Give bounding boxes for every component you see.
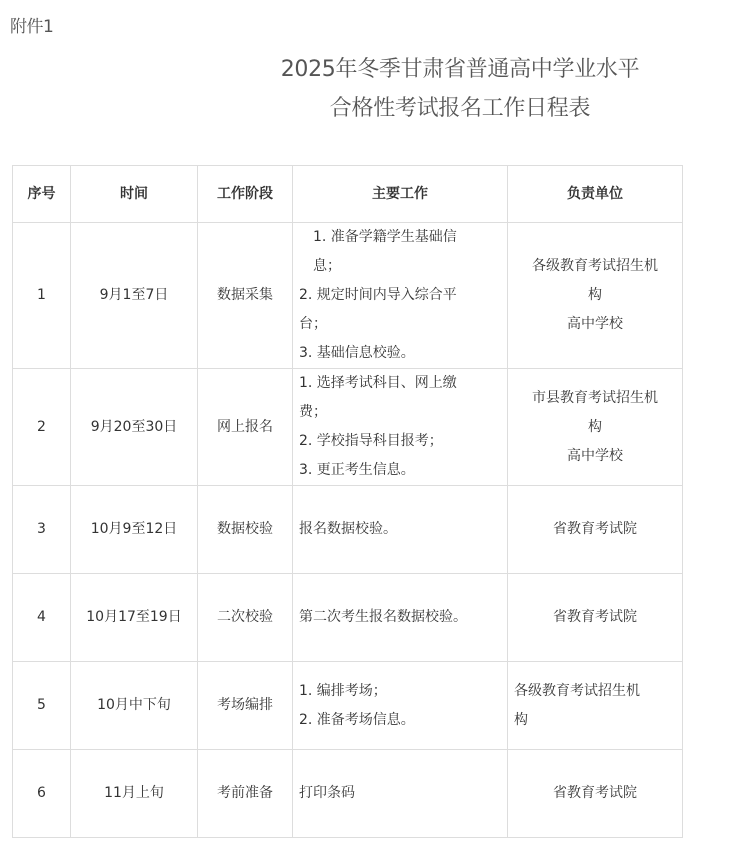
- table-row: 1 9月1至7日 数据采集 1. 准备学籍学生基础信 息； 2. 规定时间内导入…: [13, 223, 683, 369]
- cell-work: 报名数据校验。: [293, 486, 508, 574]
- cell-work: 打印条码: [293, 750, 508, 838]
- work-line: 息；: [299, 252, 501, 281]
- work-line: 1. 选择考试科目、网上缴: [299, 369, 501, 398]
- work-line: 2. 准备考场信息。: [299, 706, 501, 735]
- cell-work: 1. 编排考场； 2. 准备考场信息。: [293, 662, 508, 750]
- cell-seq: 3: [13, 486, 71, 574]
- work-line: 费；: [299, 398, 501, 427]
- cell-seq: 6: [13, 750, 71, 838]
- work-line: 台；: [299, 310, 501, 339]
- unit-line: 构: [514, 706, 676, 735]
- table-header-row: 序号 时间 工作阶段 主要工作 负责单位: [13, 166, 683, 223]
- table-row: 6 11月上旬 考前准备 打印条码 省教育考试院: [13, 750, 683, 838]
- cell-unit: 市县教育考试招生机 构 高中学校: [508, 369, 683, 486]
- cell-work: 第二次考生报名数据校验。: [293, 574, 508, 662]
- cell-time: 10月中下旬: [71, 662, 198, 750]
- header-seq: 序号: [13, 166, 71, 223]
- cell-stage: 数据校验: [198, 486, 293, 574]
- cell-stage: 网上报名: [198, 369, 293, 486]
- work-line: 3. 更正考生信息。: [299, 456, 501, 485]
- work-line: 2. 学校指导科目报考；: [299, 427, 501, 456]
- table-row: 3 10月9至12日 数据校验 报名数据校验。 省教育考试院: [13, 486, 683, 574]
- cell-time: 9月1至7日: [71, 223, 198, 369]
- unit-line: 市县教育考试招生机: [514, 384, 676, 413]
- cell-time: 9月20至30日: [71, 369, 198, 486]
- table-row: 4 10月17至19日 二次校验 第二次考生报名数据校验。 省教育考试院: [13, 574, 683, 662]
- cell-stage: 考场编排: [198, 662, 293, 750]
- cell-seq: 5: [13, 662, 71, 750]
- unit-line: 构: [514, 281, 676, 310]
- document-title-line-1: 2025年冬季甘肃省普通高中学业水平: [190, 52, 729, 83]
- unit-line: 省教育考试院: [514, 603, 676, 632]
- cell-seq: 2: [13, 369, 71, 486]
- work-line: 3. 基础信息校验。: [299, 339, 501, 368]
- cell-unit: 省教育考试院: [508, 574, 683, 662]
- unit-line: 各级教育考试招生机: [514, 252, 676, 281]
- cell-unit: 各级教育考试招生机 构 高中学校: [508, 223, 683, 369]
- cell-unit: 各级教育考试招生机 构: [508, 662, 683, 750]
- work-line: 1. 编排考场；: [299, 677, 501, 706]
- cell-stage: 数据采集: [198, 223, 293, 369]
- work-line: 第二次考生报名数据校验。: [299, 603, 501, 632]
- document-title-line-2: 合格性考试报名工作日程表: [190, 91, 729, 122]
- cell-stage: 二次校验: [198, 574, 293, 662]
- unit-line: 省教育考试院: [514, 515, 676, 544]
- attachment-label: 附件1: [10, 12, 53, 37]
- unit-line: 省教育考试院: [514, 779, 676, 808]
- cell-seq: 1: [13, 223, 71, 369]
- cell-seq: 4: [13, 574, 71, 662]
- work-line: 报名数据校验。: [299, 515, 501, 544]
- cell-work: 1. 选择考试科目、网上缴 费； 2. 学校指导科目报考； 3. 更正考生信息。: [293, 369, 508, 486]
- header-unit: 负责单位: [508, 166, 683, 223]
- cell-unit: 省教育考试院: [508, 750, 683, 838]
- unit-line: 高中学校: [514, 310, 676, 339]
- work-line: 2. 规定时间内导入综合平: [299, 281, 501, 310]
- header-time: 时间: [71, 166, 198, 223]
- header-stage: 工作阶段: [198, 166, 293, 223]
- cell-time: 11月上旬: [71, 750, 198, 838]
- cell-work: 1. 准备学籍学生基础信 息； 2. 规定时间内导入综合平 台； 3. 基础信息…: [293, 223, 508, 369]
- work-line: 打印条码: [299, 779, 501, 808]
- header-work: 主要工作: [293, 166, 508, 223]
- unit-line: 高中学校: [514, 442, 676, 471]
- table-row: 5 10月中下旬 考场编排 1. 编排考场； 2. 准备考场信息。 各级教育考试…: [13, 662, 683, 750]
- work-line: 1. 准备学籍学生基础信: [299, 223, 501, 252]
- table-row: 2 9月20至30日 网上报名 1. 选择考试科目、网上缴 费； 2. 学校指导…: [13, 369, 683, 486]
- schedule-table: 序号 时间 工作阶段 主要工作 负责单位 1 9月1至7日 数据采集 1. 准备…: [12, 165, 683, 838]
- cell-stage: 考前准备: [198, 750, 293, 838]
- cell-unit: 省教育考试院: [508, 486, 683, 574]
- cell-time: 10月17至19日: [71, 574, 198, 662]
- unit-line: 构: [514, 413, 676, 442]
- unit-line: 各级教育考试招生机: [514, 677, 676, 706]
- cell-time: 10月9至12日: [71, 486, 198, 574]
